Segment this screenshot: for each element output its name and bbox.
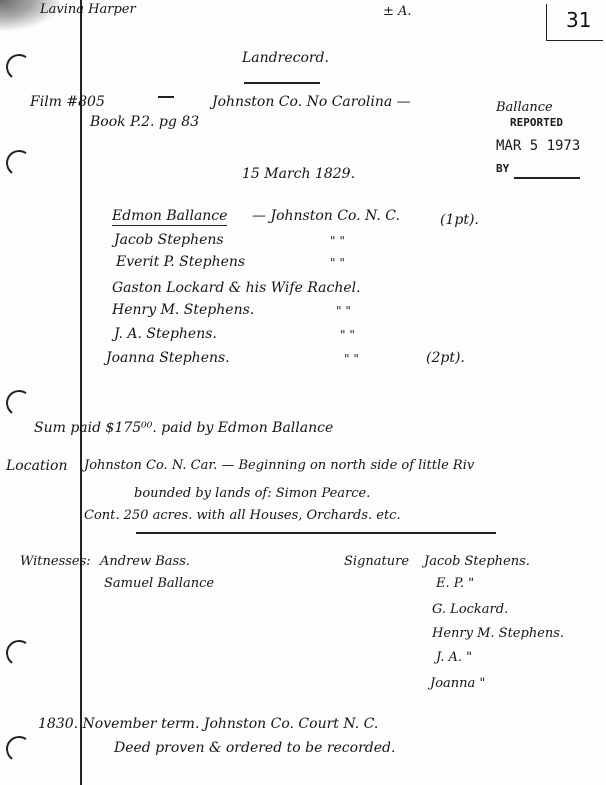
- signature-name: J. A. ": [436, 650, 472, 665]
- party-residence: " ": [330, 234, 345, 248]
- party-residence: " ": [340, 328, 355, 342]
- stamp-signature-line: [514, 177, 580, 179]
- witness-name: Samuel Ballance: [104, 576, 214, 591]
- signature-name: G. Lockard.: [432, 602, 508, 617]
- court-line-2: Deed proven & ordered to be recorded.: [114, 740, 395, 756]
- stamp-date: MAR 5 1973: [496, 138, 580, 154]
- binder-hole-icon: [4, 734, 34, 764]
- binder-hole-icon: [4, 148, 34, 178]
- researcher-name: Lavina Harper: [40, 2, 136, 17]
- witnesses-label: Witnesses:: [20, 554, 91, 569]
- title-underline: [244, 82, 320, 84]
- party-note: (2pt).: [426, 350, 465, 366]
- signature-name: E. P. ": [436, 576, 474, 591]
- document-page: Lavina Harper ± A. 31 Landrecord. Film #…: [0, 0, 606, 785]
- signature-name: Joanna ": [430, 676, 485, 691]
- film-number: Film #805: [30, 94, 105, 110]
- party-residence: — Johnston Co. N. C.: [252, 208, 400, 224]
- binder-hole-icon: [4, 388, 34, 418]
- binder-hole-icon: [4, 52, 34, 82]
- location-line-3: Cont. 250 acres. with all Houses, Orchar…: [84, 508, 401, 523]
- book-page: Book P.2. pg 83: [90, 114, 199, 130]
- signature-name: Jacob Stephens.: [424, 554, 530, 569]
- signature-label: Signature: [344, 554, 409, 569]
- party-name: Gaston Lockard & his Wife Rachel.: [112, 280, 361, 296]
- binder-hole-icon: [4, 638, 34, 668]
- margin-line: [80, 0, 82, 785]
- party-note: (1pt).: [440, 212, 479, 228]
- source-location: Johnston Co. No Carolina —: [212, 94, 411, 110]
- location-underline: [136, 532, 496, 534]
- party-name: Joanna Stephens.: [106, 350, 230, 366]
- party-name: Edmon Ballance: [112, 208, 227, 226]
- record-date: 15 March 1829.: [242, 166, 355, 182]
- stamp-reported-label: REPORTED: [510, 116, 563, 129]
- stamp-by-label: BY: [496, 162, 509, 175]
- party-residence: " ": [330, 256, 345, 270]
- party-name: Henry M. Stephens.: [112, 302, 254, 318]
- payment-line: Sum paid $175⁰⁰. paid by Edmon Ballance: [34, 420, 333, 436]
- location-line-1: Johnston Co. N. Car. — Beginning on nort…: [84, 458, 474, 473]
- court-line-1: 1830. November term. Johnston Co. Court …: [38, 716, 378, 732]
- dash: [158, 96, 174, 98]
- record-code: ± A.: [383, 4, 412, 19]
- page-title: Landrecord.: [242, 50, 329, 66]
- party-residence: " ": [336, 304, 351, 318]
- party-name: Jacob Stephens: [114, 232, 224, 248]
- witness-name: Andrew Bass.: [100, 554, 190, 569]
- signature-name: Henry M. Stephens.: [432, 626, 564, 641]
- stamp-handwritten-note: Ballance: [496, 100, 553, 115]
- page-number: 31: [566, 8, 591, 32]
- location-label: Location: [6, 458, 67, 474]
- party-name: J. A. Stephens.: [114, 326, 217, 342]
- location-line-2: bounded by lands of: Simon Pearce.: [134, 486, 370, 501]
- party-name: Everit P. Stephens: [116, 254, 245, 270]
- party-residence: " ": [344, 352, 359, 366]
